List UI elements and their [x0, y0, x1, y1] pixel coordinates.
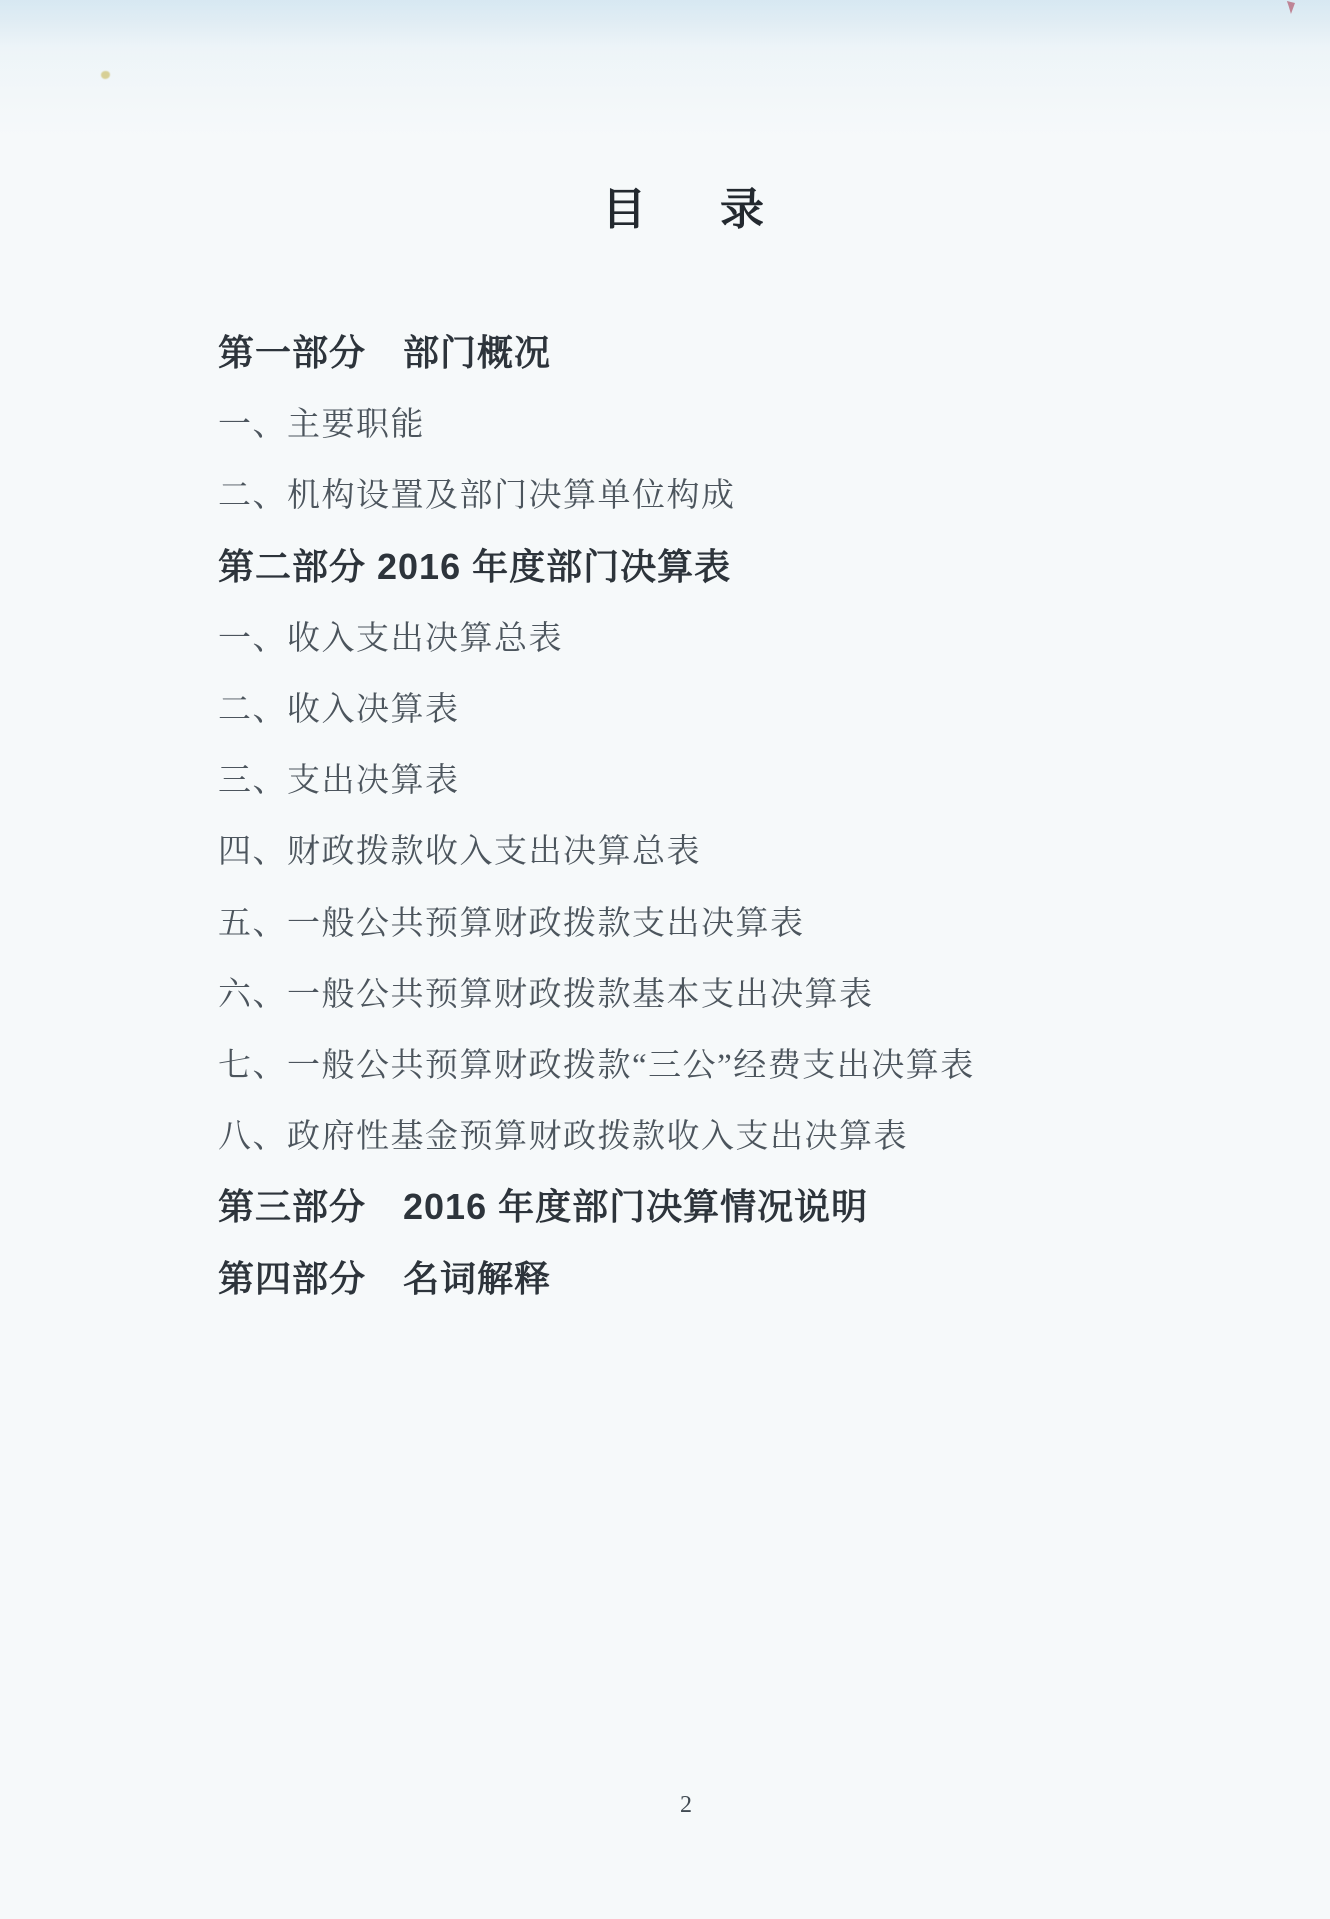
- toc-item: 三、支出决算表: [218, 742, 1218, 813]
- title-char-lu: 录: [720, 185, 764, 234]
- toc-item: 二、机构设置及部门决算单位构成: [218, 457, 1218, 528]
- toc-item: 六、一般公共预算财政拨款基本支出决算表: [218, 956, 1218, 1027]
- title-char-mu: 目: [602, 185, 646, 234]
- scanned-document: { "document": { "title": { "left": "目", …: [0, 0, 1330, 1919]
- toc-section-heading: 第四部分 名词解释: [218, 1240, 1218, 1311]
- page-title: 目录: [602, 188, 764, 232]
- page-number: 2: [680, 1792, 692, 1819]
- toc-item: 四、财政拨款收入支出决算总表: [218, 813, 1218, 884]
- toc-item: 七、一般公共预算财政拨款“三公”经费支出决算表: [218, 1027, 1218, 1098]
- toc-item: 二、收入决算表: [218, 671, 1218, 742]
- paper-speck-red: [1286, 1, 1295, 14]
- toc-section-heading: 第三部分 2016 年度部门决算情况说明: [218, 1169, 1218, 1240]
- toc-section-heading: 第一部分 部门概况: [218, 315, 1218, 386]
- toc-item: 一、主要职能: [218, 386, 1218, 457]
- toc-item: 一、收入支出决算总表: [218, 600, 1218, 671]
- document-page: 目录 第一部分 部门概况一、主要职能二、机构设置及部门决算单位构成第二部分 20…: [0, 0, 1330, 1919]
- toc-item: 五、一般公共预算财政拨款支出决算表: [218, 885, 1218, 956]
- paper-speck-yellow: [101, 71, 110, 79]
- toc-list: 第一部分 部门概况一、主要职能二、机构设置及部门决算单位构成第二部分 2016 …: [218, 315, 1218, 1312]
- toc-section-heading: 第二部分 2016 年度部门决算表: [218, 529, 1218, 600]
- toc-item: 八、政府性基金预算财政拨款收入支出决算表: [218, 1098, 1218, 1169]
